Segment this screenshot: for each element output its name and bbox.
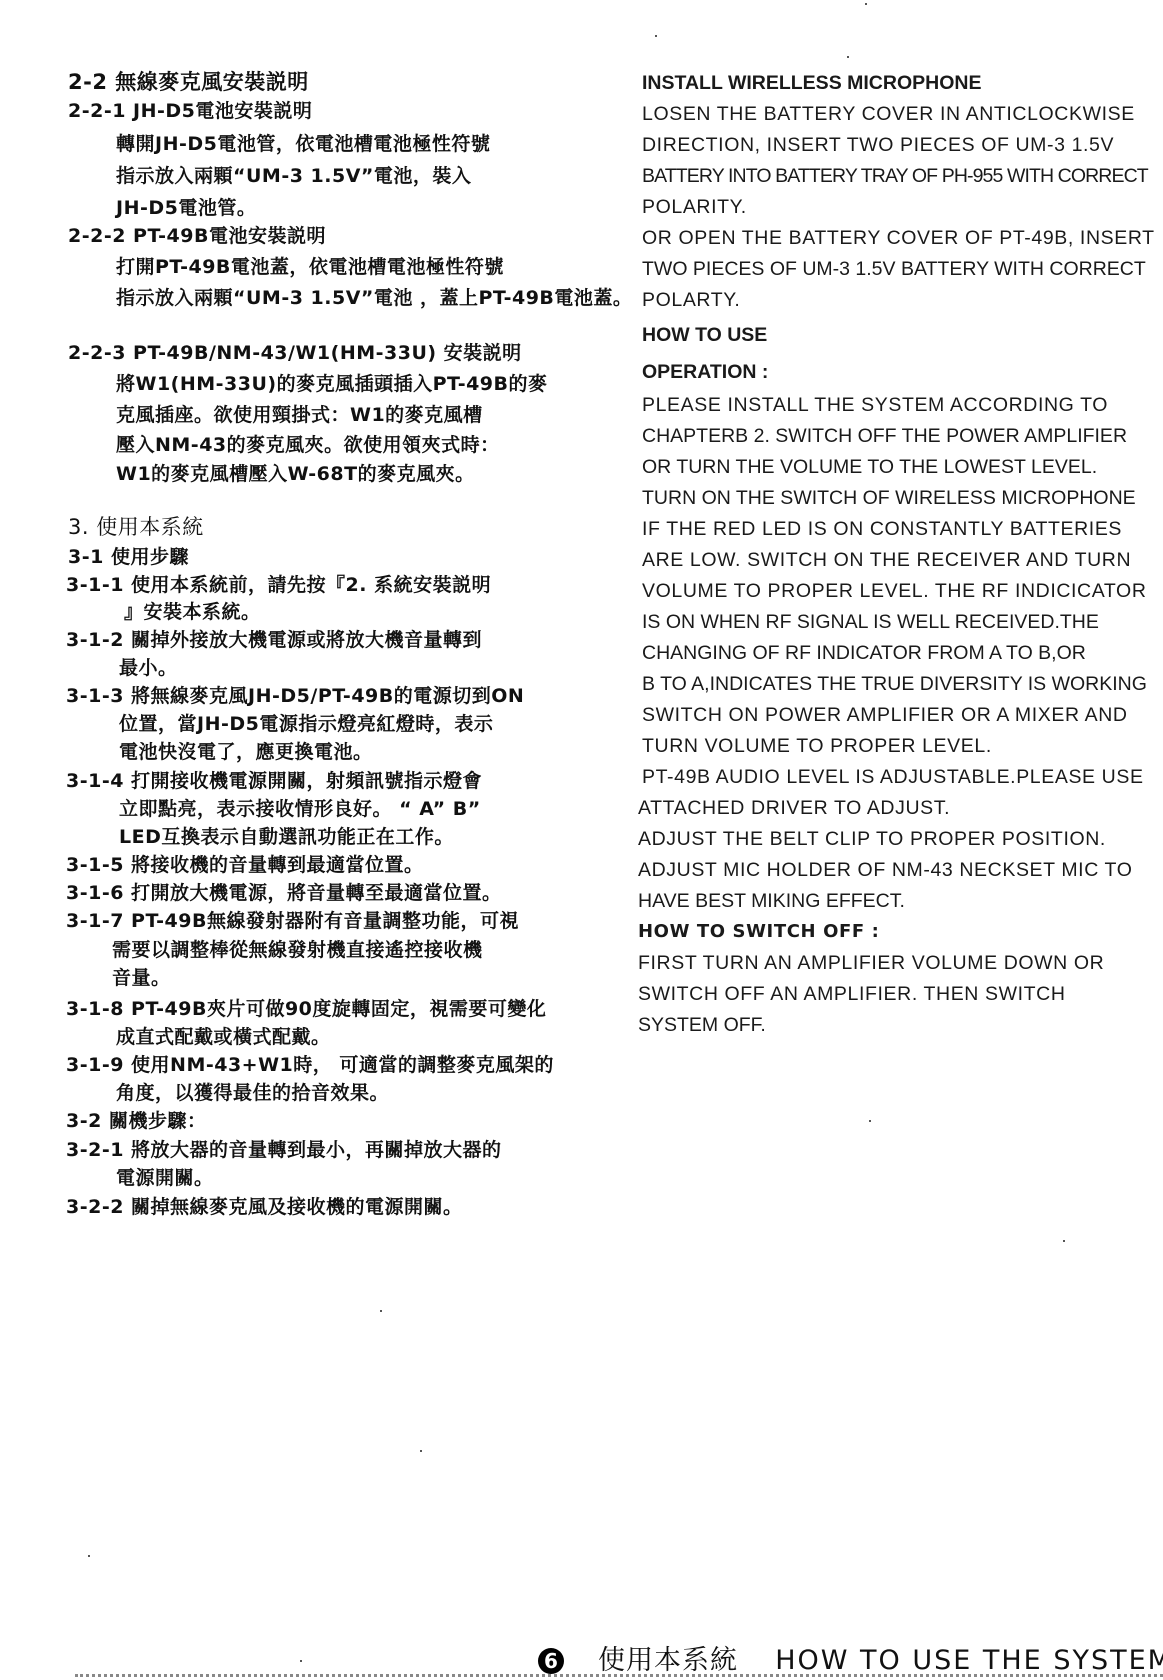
text-line: 指示放入兩顆“UM-3 1.5V”電池，裝入 [116, 164, 471, 188]
scan-speck [88, 1555, 90, 1557]
text-line: IS ON WHEN RF SIGNAL IS WELL RECEIVED.TH… [642, 610, 1099, 634]
text-line: OR TURN THE VOLUME TO THE LOWEST LEVEL. [642, 455, 1097, 479]
text-line: PLEASE INSTALL THE SYSTEM ACCORDING TO [642, 393, 1108, 417]
text-line: 轉開JH-D5電池管，依電池槽電池極性符號 [116, 132, 490, 156]
section-heading: HOW TO USE [642, 323, 767, 347]
section-heading: INSTALL WIRELLESS MICROPHONE [642, 71, 981, 95]
text-line: ARE LOW. SWITCH ON THE RECEIVER AND TURN [642, 548, 1131, 572]
text-line: TURN VOLUME TO PROPER LEVEL. [642, 734, 992, 758]
footer-dotted-rule [75, 1674, 1163, 1677]
scan-speck [300, 1660, 302, 1662]
text-line: TWO PIECES OF UM-3 1.5V BATTERY WITH COR… [642, 257, 1146, 281]
text-line: 2-2-2 PT-49B電池安裝説明 [68, 224, 326, 248]
scan-speck [869, 1120, 871, 1122]
text-line: LED互換表示自動選訊功能正在工作。 [119, 825, 454, 849]
text-line: 3-1-7 PT-49B無線發射器附有音量調整功能，可視 [66, 909, 519, 933]
text-line: 3-1-8 PT-49B夾片可做90度旋轉固定，視需要可變化 [66, 997, 546, 1021]
text-line: 成直式配戴或橫式配戴。 [116, 1025, 331, 1049]
text-line: TURN ON THE SWITCH OF WIRELESS MICROPHON… [642, 486, 1136, 510]
text-line: B TO A,INDICATES THE TRUE DIVERSITY IS W… [642, 672, 1147, 696]
text-line: 指示放入兩顆“UM-3 1.5V”電池 ，蓋上PT-49B電池蓋。 [116, 286, 632, 310]
text-line: VOLUME TO PROPER LEVEL. THE RF INDICICAT… [642, 579, 1147, 603]
manual-page: 2-2 無線麥克風安裝説明2-2-1 JH-D5電池安裝説明轉開JH-D5電池管… [0, 0, 1163, 1680]
section-heading: OPERATION : [642, 360, 768, 384]
text-line: 2-2-3 PT-49B/NM-43/W1(HM-33U) 安裝説明 [68, 341, 522, 365]
text-line: 音量。 [112, 966, 171, 990]
text-line: LOSEN THE BATTERY COVER IN ANTICLOCKWISE [642, 102, 1135, 126]
section-heading: 2-2 無線麥克風安裝説明 [68, 70, 309, 94]
text-line: 3-1-2 關掉外接放大機電源或將放大機音量轉到 [66, 628, 482, 652]
text-line: 3-1-3 將無線麥克風JH-D5/PT-49B的電源切到ON [66, 684, 524, 708]
text-line: 3-1 使用步驟 [68, 545, 189, 569]
text-line: BATTERY INTO BATTERY TRAY OF PH-955 WITH… [642, 164, 1148, 188]
text-line: 電池快沒電了，應更換電池。 [119, 740, 373, 764]
text-line: SWITCH OFF AN AMPLIFIER. THEN SWITCH [638, 982, 1066, 1006]
text-line: 將W1(HM-33U)的麥克風插頭插入PT-49B的麥 [116, 372, 548, 396]
text-line: ATTACHED DRIVER TO ADJUST. [638, 796, 950, 820]
scan-speck [380, 1310, 382, 1312]
text-line: 』安裝本系統。 [124, 600, 261, 624]
text-line: CHANGING OF RF INDICATOR FROM A TO B,OR [642, 641, 1086, 665]
text-line: 3-1-4 打開接收機電源開關，射頻訊號指示燈會 [66, 769, 482, 793]
text-line: ADJUST MIC HOLDER OF NM-43 NECKSET MIC T… [638, 858, 1132, 882]
text-line: 3-2 關機步驟： [66, 1109, 206, 1133]
scan-speck [847, 56, 849, 58]
text-line: OR OPEN THE BATTERY COVER OF PT-49B, INS… [642, 226, 1155, 250]
text-line: 打開PT-49B電池蓋，依電池槽電池極性符號 [116, 255, 504, 279]
text-line: 3-1-1 使用本系統前，請先按『2. 系統安裝説明 [66, 573, 491, 597]
footer-title-en: HOW TO USE THE SYSTEM [775, 1645, 1163, 1676]
text-line: 3-1-9 使用NM-43+W1時， 可適當的調整麥克風架的 [66, 1053, 554, 1077]
text-line: 壓入NM-43的麥克風夾。欲使用領夾式時： [116, 433, 500, 457]
text-line: SWITCH ON POWER AMPLIFIER OR A MIXER AND [642, 703, 1128, 727]
scan-speck [420, 1450, 422, 1452]
text-line: SYSTEM OFF. [638, 1013, 766, 1037]
text-line: ADJUST THE BELT CLIP TO PROPER POSITION. [638, 827, 1106, 851]
scan-speck [1063, 1240, 1065, 1242]
text-line: 克風插座。欲使用頸掛式：W1的麥克風槽 [116, 403, 483, 427]
text-line: DIRECTION, INSERT TWO PIECES OF UM-3 1.5… [642, 133, 1114, 157]
scan-speck [655, 35, 657, 37]
text-line: 立即點亮，表示接收情形良好。 “ A” B” [119, 797, 481, 821]
text-line: POLARITY. [642, 195, 747, 219]
section-heading: HOW TO SWITCH OFF : [638, 920, 879, 944]
section-heading: 3. 使用本系統 [68, 515, 204, 539]
text-line: FIRST TURN AN AMPLIFIER VOLUME DOWN OR [638, 951, 1104, 975]
text-line: 電源開關。 [116, 1166, 214, 1190]
footer-title-zh: 使用本系統 [598, 1645, 738, 1676]
page-number-badge: 6 [538, 1648, 564, 1674]
text-line: CHAPTERB 2. SWITCH OFF THE POWER AMPLIFI… [642, 424, 1127, 448]
text-line: POLARTY. [642, 288, 740, 312]
text-line: 3-1-6 打開放大機電源，將音量轉至最適當位置。 [66, 881, 502, 905]
footer-title: 使用本系統 HOW TO USE THE SYSTEM [598, 1645, 1163, 1677]
text-line: 角度，以獲得最佳的拾音效果。 [116, 1081, 389, 1105]
text-line: 3-2-1 將放大器的音量轉到最小，再關掉放大器的 [66, 1138, 502, 1162]
text-line: 位置，當JH-D5電源指示燈亮紅燈時，表示 [119, 712, 493, 736]
text-line: 2-2-1 JH-D5電池安裝説明 [68, 99, 312, 123]
scan-speck [865, 3, 867, 5]
text-line: PT-49B AUDIO LEVEL IS ADJUSTABLE.PLEASE … [642, 765, 1144, 789]
text-line: 3-1-5 將接收機的音量轉到最適當位置。 [66, 853, 424, 877]
text-line: 3-2-2 關掉無線麥克風及接收機的電源開關。 [66, 1195, 463, 1219]
text-line: 需要以調整棒從無線發射機直接遙控接收機 [112, 938, 483, 962]
text-line: JH-D5電池管。 [116, 196, 256, 220]
text-line: IF THE RED LED IS ON CONSTANTLY BATTERIE… [642, 517, 1122, 541]
text-line: 最小。 [119, 656, 178, 680]
text-line: HAVE BEST MIKING EFFECT. [638, 889, 905, 913]
text-line: W1的麥克風槽壓入W-68T的麥克風夾。 [116, 462, 475, 486]
